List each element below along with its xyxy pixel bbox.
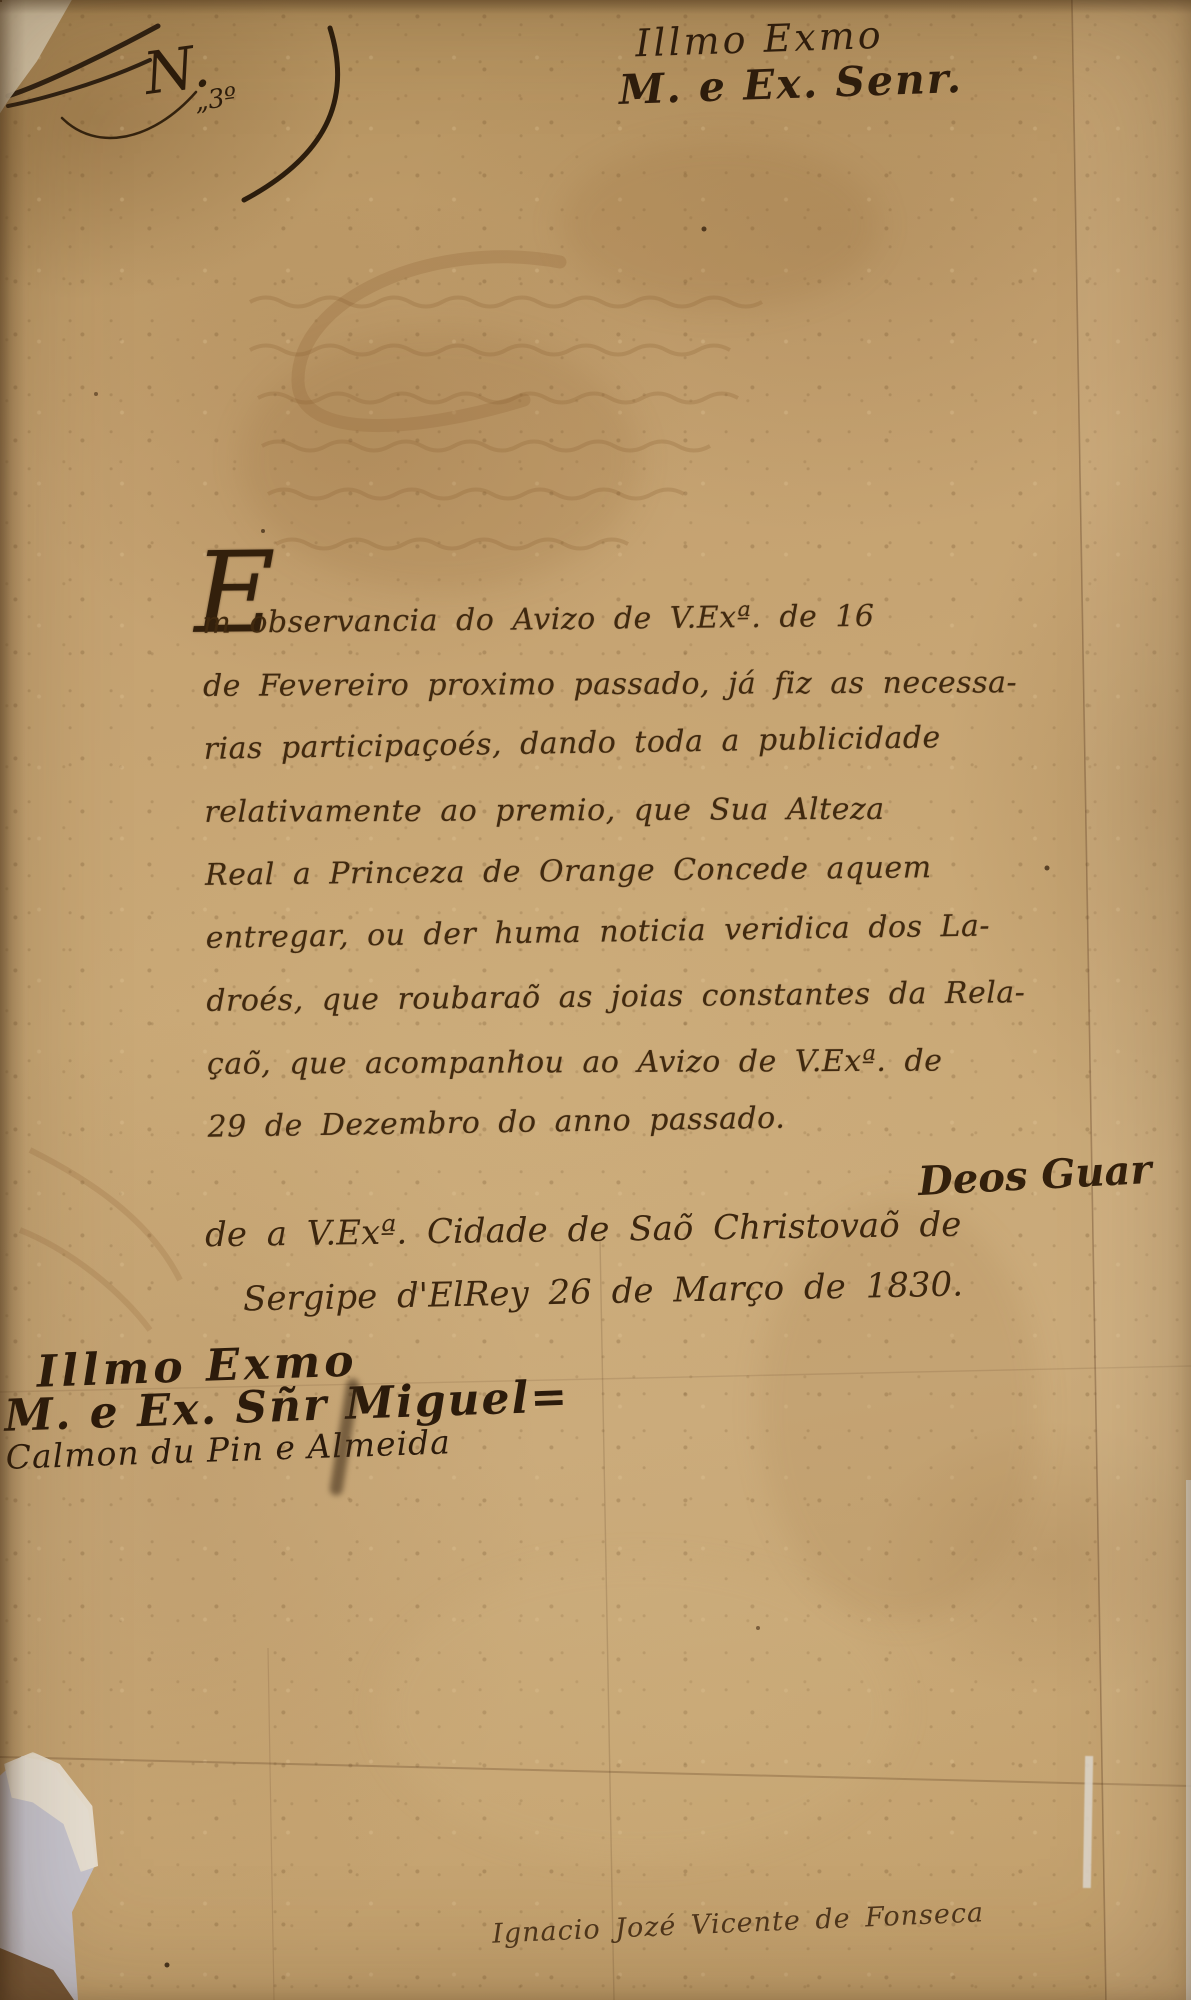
paren-flourish xyxy=(244,28,338,200)
crease-vertical-left xyxy=(268,1648,274,2000)
body-paragraph: Em observancia do Avizo de V.Exª. de 16 … xyxy=(202,584,938,1159)
page-edge-shadow-top xyxy=(0,0,1191,14)
corner-number-value: „3º xyxy=(193,82,239,118)
ghost-marks-lower-left xyxy=(20,1150,180,1330)
body-line: droés, que roubaraõ as joias constantes … xyxy=(206,962,937,1033)
body-line: 29 de Dezembro do anno passado. xyxy=(207,1084,938,1158)
ghost-text-lines xyxy=(250,298,762,549)
scan-edge-right xyxy=(1186,1480,1191,2000)
paper-stain xyxy=(240,330,640,590)
crease-vertical-middle xyxy=(600,1240,614,2000)
addressee-block: Illmo Exmo M. e Ex. Sñr Miguel= Calmon d… xyxy=(2,1328,571,1477)
ghost-stroke xyxy=(20,1230,150,1330)
salutation-block: Illmo Exmo M. e Ex. Senr. xyxy=(616,10,963,114)
paper-stain xyxy=(560,140,880,310)
closing-line-2: de a V.Exª. Cidade de Saõ Christovaõ de xyxy=(205,1205,962,1256)
ghost-line xyxy=(268,490,684,499)
body-line: rias participaçoés, dando toda a publici… xyxy=(203,706,934,780)
corner-number-mark: N. „3º xyxy=(142,42,239,124)
ghost-line xyxy=(250,346,730,355)
body-line: entregar, ou der huma noticia veridica d… xyxy=(205,895,936,969)
ghost-line xyxy=(262,442,710,451)
ghost-stroke xyxy=(30,1150,180,1280)
body-line: relativamente ao premio, que Sua Alteza xyxy=(204,778,934,844)
tear-sliver-right xyxy=(1083,1756,1093,1888)
paper-stain xyxy=(380,1560,900,1860)
page-edge-shadow-left xyxy=(0,0,26,2000)
paper-stain xyxy=(760,1200,1040,1620)
underlying-sheet-edge xyxy=(1072,0,1191,2000)
ghost-initial xyxy=(298,257,560,426)
signature: Ignacio Jozé Vicente de Fonseca xyxy=(492,1897,985,1949)
closing-line-1: Deos Guar xyxy=(917,1146,1153,1205)
ghost-line xyxy=(276,540,628,549)
ghost-line xyxy=(258,394,738,403)
manuscript-page: N. „3º Illmo Exmo M. e Ex. Senr. Em obse… xyxy=(0,0,1191,2000)
crease-vertical-right xyxy=(1072,0,1106,2000)
body-line: Em observancia do Avizo de V.Exª. de 16 xyxy=(202,584,933,655)
ghost-line xyxy=(250,298,762,307)
closing-dateline: Sergipe d'ElRey 26 de Março de 1830. xyxy=(243,1264,964,1319)
crease-horizontal-lower xyxy=(0,1757,1191,1786)
